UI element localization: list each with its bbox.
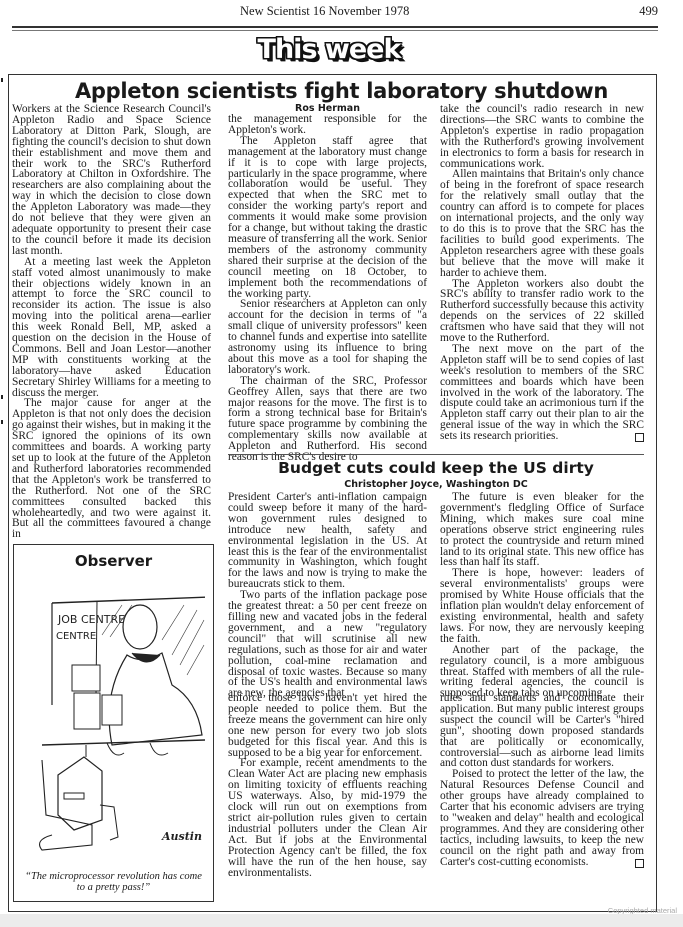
cartoon-title: Observer: [14, 552, 213, 570]
article2-column-2-bottom: rules and standards and coordinate their…: [440, 693, 644, 868]
magazine-page: New Scientist 16 November 1978 499 This …: [0, 0, 683, 927]
article2-column-1-top: President Carter's anti-inflation campai…: [228, 492, 427, 699]
paragraph: President Carter's anti-inflation campai…: [228, 492, 427, 590]
paragraph-text: The next move on the part of the Appleto…: [440, 343, 644, 442]
margin-mark: [1, 420, 3, 424]
paragraph: Allen maintains that Britain's only chan…: [440, 169, 644, 278]
observer-cartoon: Observer JOB CENTRE CENTRE: [13, 544, 214, 902]
paragraph: For example, recent amendments to the Cl…: [228, 758, 427, 878]
end-of-article-square-icon: [635, 859, 644, 868]
paragraph: The Appleton workers also doubt the SRC'…: [440, 279, 644, 344]
paragraph: The chairman of the SRC, Professor Geoff…: [228, 376, 427, 463]
paragraph: Senior researchers at Appleton can only …: [228, 299, 427, 375]
job-centre-sign: JOB CENTRE: [57, 613, 125, 626]
article-divider: [228, 454, 644, 455]
running-head: New Scientist 16 November 1978 499: [0, 4, 683, 20]
paragraph: enforce those laws haven't yet hired the…: [228, 693, 427, 758]
cartoonist-signature: Austin: [161, 830, 202, 843]
paragraph: The future is even bleaker for the gover…: [440, 492, 644, 568]
margin-mark: [1, 395, 3, 399]
section-logo: This week: [246, 35, 412, 65]
article1-column-3: take the council's radio research in new…: [440, 104, 644, 442]
header-rule: [12, 26, 658, 28]
article2-headline: Budget cuts could keep the US dirty: [228, 459, 644, 477]
article2-column-2-top: The future is even bleaker for the gover…: [440, 492, 644, 699]
cartoon-drawing-illustration: JOB CENTRE CENTRE Austin: [22, 575, 205, 855]
paragraph: Workers at the Science Research Council'…: [12, 104, 211, 257]
cartoon-caption: “The microprocessor revolution has come …: [20, 871, 207, 893]
paragraph-text: Poised to protect the letter of the law,…: [440, 768, 644, 867]
end-of-article-square-icon: [635, 433, 644, 442]
article1-headline: Appleton scientists fight laboratory shu…: [0, 79, 683, 103]
paragraph: The Appleton staff agree that management…: [228, 136, 427, 300]
article2-column-1-bottom: enforce those laws haven't yet hired the…: [228, 693, 427, 878]
paragraph: rules and standards and coordinate their…: [440, 693, 644, 769]
margin-mark: [1, 78, 3, 82]
article1-column-2: the management responsible for the Apple…: [228, 114, 427, 463]
magazine-issue: New Scientist 16 November 1978: [240, 4, 409, 19]
svg-text:CENTRE: CENTRE: [56, 631, 96, 642]
paragraph: Two parts of the inflation package pose …: [228, 590, 427, 699]
header-rule-thin: [12, 30, 658, 31]
paragraph: The next move on the part of the Appleto…: [440, 344, 644, 442]
paragraph: take the council's radio research in new…: [440, 104, 644, 169]
paragraph: the management responsible for the Apple…: [228, 114, 427, 136]
article2-byline: Christopher Joyce, Washington DC: [228, 479, 644, 490]
paragraph: Poised to protect the letter of the law,…: [440, 769, 644, 867]
article1-column-1: Workers at the Science Research Council'…: [12, 104, 211, 540]
page-bottom-edge: [0, 914, 683, 927]
page-number: 499: [639, 4, 658, 19]
paragraph: The major cause for anger at the Appleto…: [12, 398, 211, 540]
paragraph: At a meeting last week the Appleton staf…: [12, 257, 211, 399]
paragraph: There is hope, however: leaders of sever…: [440, 568, 644, 644]
